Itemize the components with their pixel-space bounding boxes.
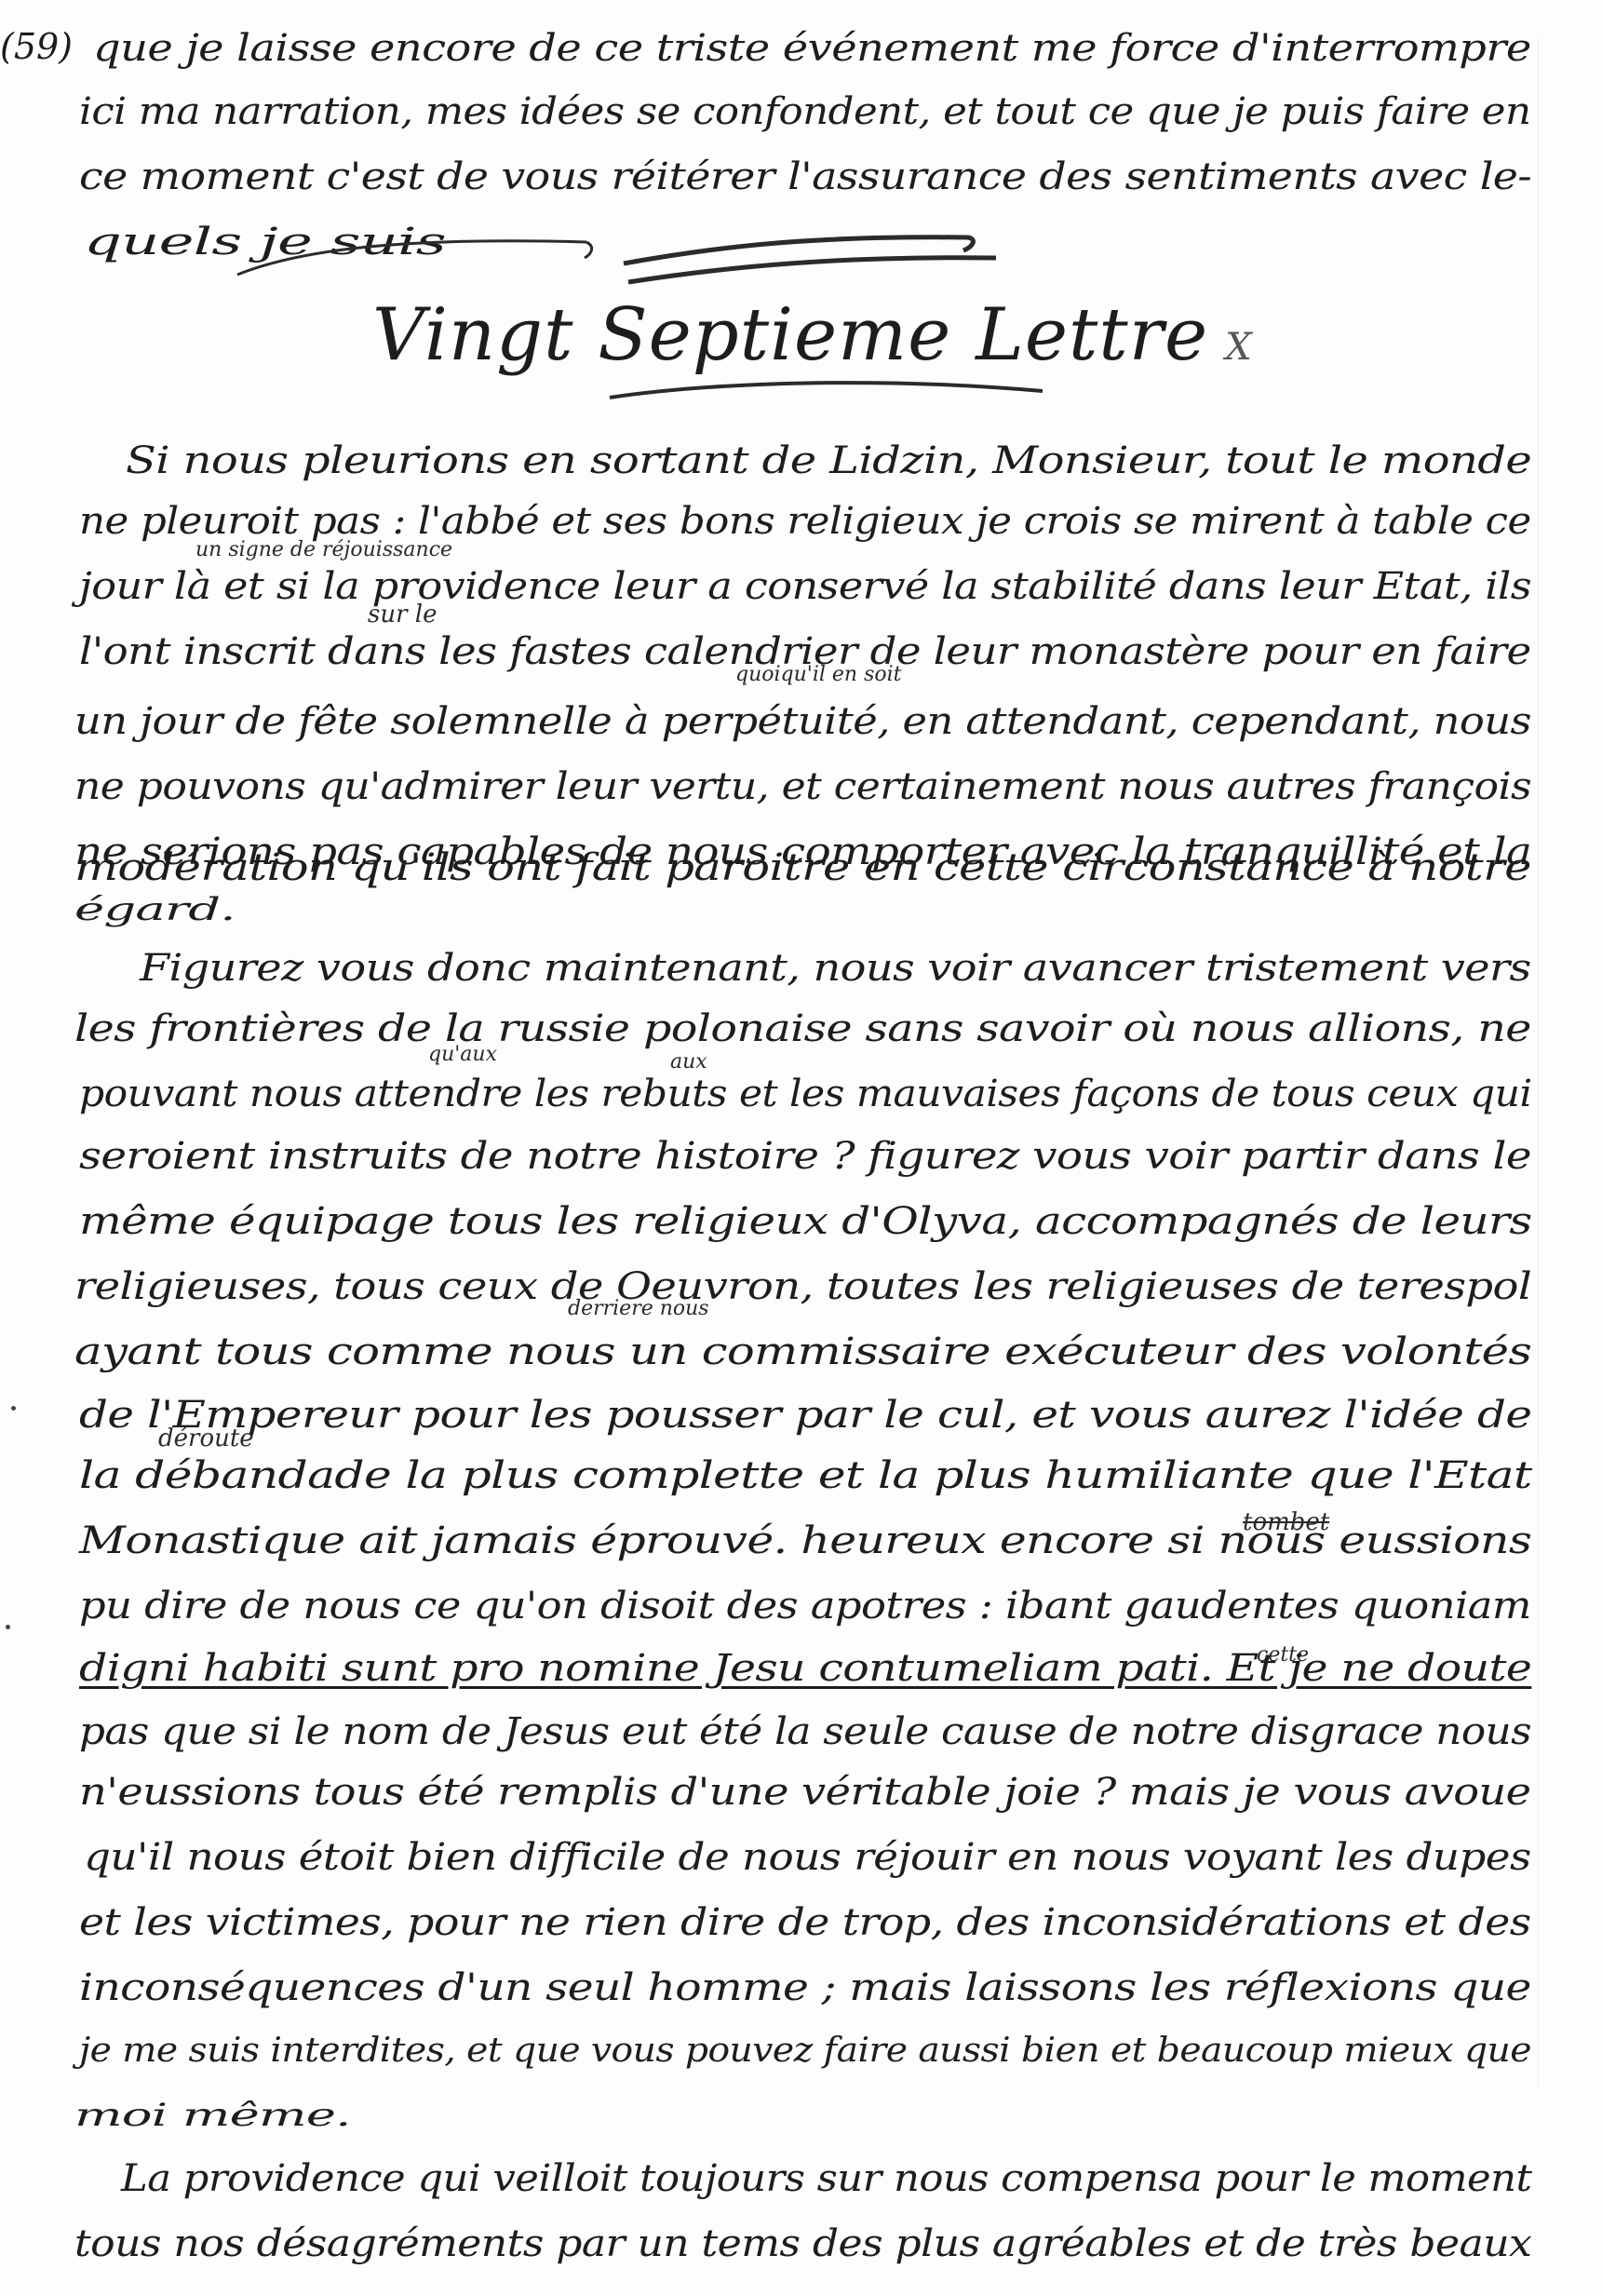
letter-title: Vingt Septieme LettreⅩ (372, 293, 1253, 377)
title-underline (605, 377, 1070, 405)
preamble-line-3: ce moment c'est de vous réitérer l'assur… (79, 158, 1531, 196)
body-line-15: religieuses, tous ceux de Oeuvron, toute… (74, 1268, 1531, 1305)
stray-mark-left-2 (6, 1625, 10, 1629)
body-line-9: égard. (74, 894, 236, 925)
stray-mark-left (11, 1406, 16, 1411)
body-line-20: pu dire de nous ce qu'on disoit des apot… (79, 1587, 1531, 1625)
letter-title-text: Vingt Septieme Lettre (372, 293, 1208, 377)
body-line-21-latin: digni habiti sunt pro nomine Jesu contum… (79, 1650, 1531, 1687)
body-line-13: seroient instruits de notre histoire ? f… (79, 1138, 1531, 1175)
body-line-12: pouvant nous attendre les rebuts et les … (79, 1075, 1531, 1113)
body-line-16: ayant tous comme nous un commissaire exé… (74, 1333, 1531, 1371)
right-margin-rule (1538, 37, 1539, 2086)
body-line-3: jour là et si la providence leur a conse… (79, 568, 1531, 605)
body-line-28: moi même. (74, 2100, 351, 2131)
body-line-2: ne pleuroit pas : l'abbé et ses bons rel… (79, 503, 1531, 540)
page-number: (59) (0, 26, 73, 67)
body-line-27: je me suis interdites, et que vous pouve… (79, 2034, 1531, 2068)
title-mark: Ⅹ (1225, 326, 1252, 369)
body-line-6: ne pouvons qu'admirer leur vertu, et cer… (74, 768, 1531, 805)
preamble-line-2: ici ma narration, mes idées se confonden… (79, 93, 1530, 130)
body-line-18: la débandade la plus complette et la plu… (79, 1457, 1532, 1494)
body-line-1: Si nous pleurions en sortant de Lidzin, … (126, 442, 1531, 479)
body-line-25: et les victimes, pour ne rien dire de tr… (79, 1904, 1531, 1941)
body-line-19: Monastique ait jamais éprouvé. heureux e… (79, 1522, 1531, 1560)
body-line-30: tous nos désagréments par un tems des pl… (74, 2225, 1531, 2262)
manuscript-page: (59) que je laisse encore de ce triste é… (0, 0, 1602, 2296)
body-line-29: La providence qui veilloit toujours sur … (121, 2160, 1531, 2197)
body-line-14: même équipage tous les religieux d'Olyva… (79, 1203, 1532, 1240)
insertion-aux: aux (670, 1050, 707, 1074)
body-line-24: qu'il nous étoit bien difficile de nous … (84, 1839, 1531, 1876)
body-line-26: inconséquences d'un seul homme ; mais la… (79, 1969, 1531, 2006)
body-line-10: Figurez vous donc maintenant, nous voir … (140, 950, 1531, 987)
body-line-4: l'ont inscrit dans les fastes calendrier… (79, 633, 1531, 670)
body-line-17: de l'Empereur pour les pousser par le cu… (79, 1397, 1531, 1434)
body-line-5: un jour de fête solemnelle à perpétuité,… (74, 703, 1531, 740)
preamble-line-1: que je laisse encore de ce triste événem… (93, 30, 1531, 67)
body-line-8: modération qu'ils ont fait paroitre en c… (74, 849, 1531, 886)
body-line-23: n'eussions tous été remplis d'une vérita… (79, 1774, 1530, 1811)
body-line-11: les frontières de la russie polonaise sa… (74, 1010, 1531, 1047)
body-line-22: pas que si le nom de Jesus eut été la se… (79, 1713, 1531, 1750)
